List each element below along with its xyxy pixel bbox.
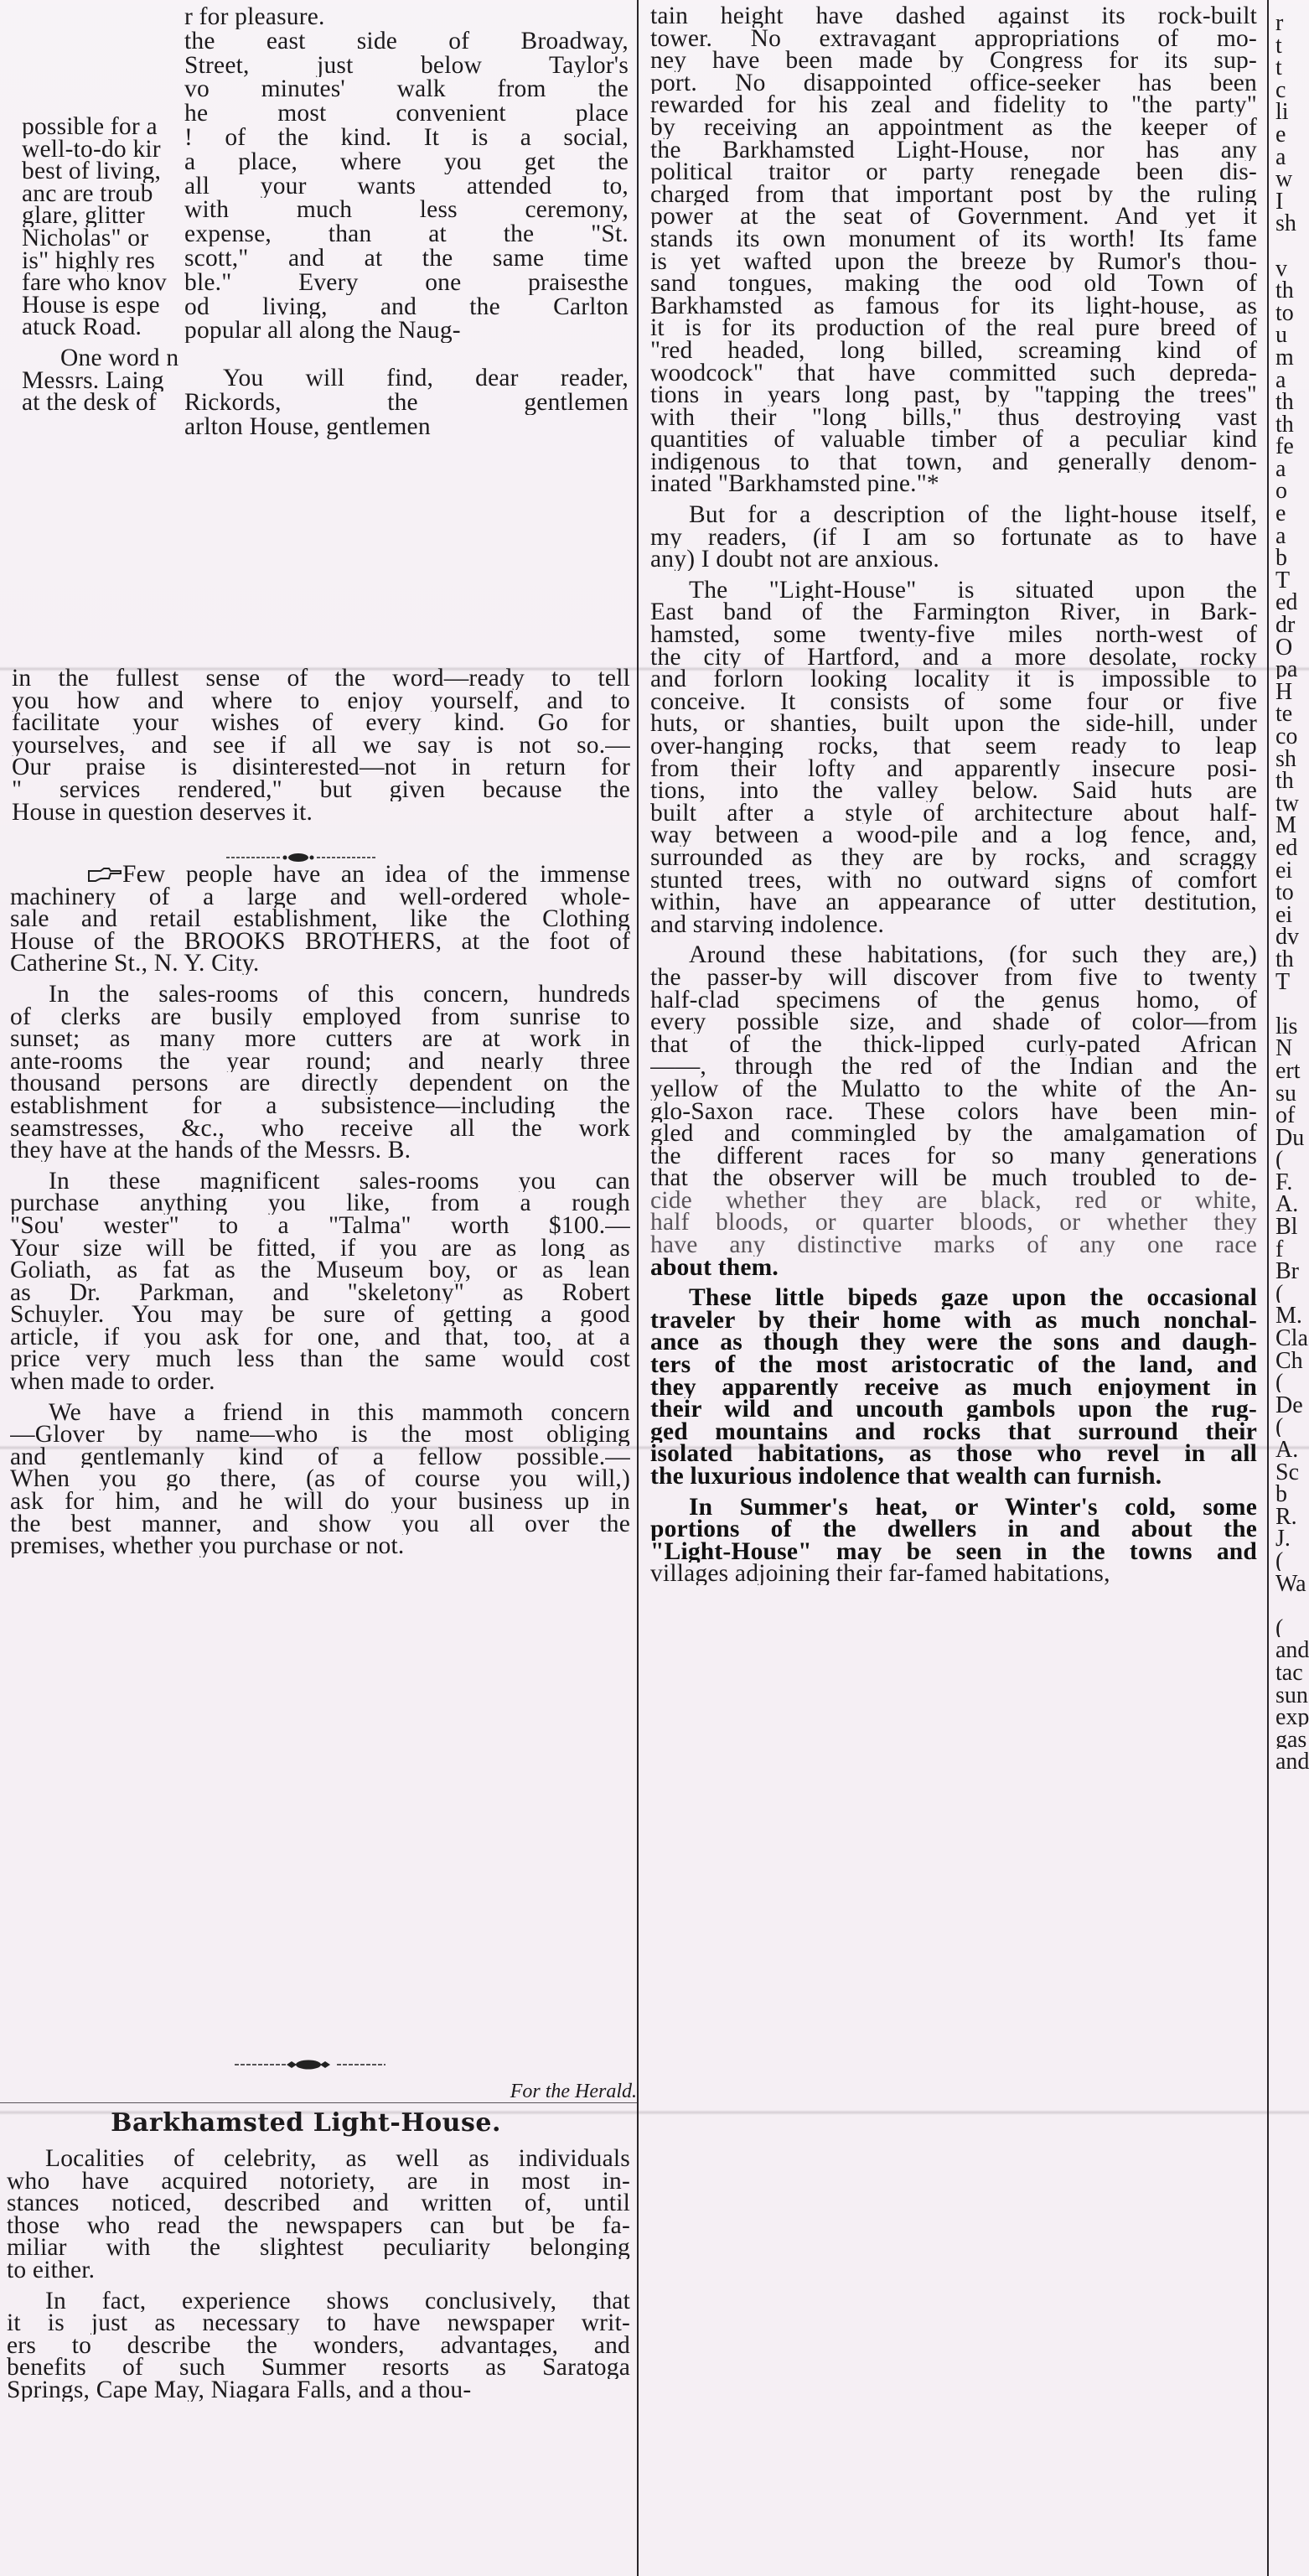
text-line-fragment: o bbox=[1275, 478, 1309, 500]
text-line-fragment: t bbox=[1275, 54, 1309, 77]
text-line: it is just as necessary to have newspape… bbox=[7, 2312, 630, 2335]
text-line: quantities of valuable timber of a pecul… bbox=[650, 428, 1257, 451]
text-line: isolated habitations, as those who revel… bbox=[650, 1443, 1257, 1465]
paragraph: Around these habitations, (for such they… bbox=[650, 944, 1257, 1278]
text-line: traveler by their home with as much nonc… bbox=[650, 1309, 1257, 1332]
manicule-pointing-hand-icon bbox=[87, 866, 122, 884]
text-line: well-to-do kir bbox=[22, 138, 198, 161]
text-line-fragment bbox=[1275, 233, 1309, 256]
text-line: glo-Saxon race. These colors have been m… bbox=[650, 1101, 1257, 1123]
text-line-fragment: pa bbox=[1275, 656, 1309, 679]
text-line: is yet wafted upon the breeze by Rumor's… bbox=[650, 251, 1257, 273]
text-line: premises, whether you purchase or not. bbox=[10, 1535, 630, 1558]
text-line: cide whether they are black, red or whit… bbox=[650, 1190, 1257, 1212]
text-line: best of living, bbox=[22, 160, 198, 183]
text-line: a place, where you get the bbox=[184, 150, 629, 174]
text-line: my readers, (if I am so fortunate as to … bbox=[650, 526, 1257, 549]
text-line: built after a style of architecture abou… bbox=[650, 802, 1257, 825]
text-line: establishment for a subsistence—includin… bbox=[10, 1095, 630, 1117]
column-rule-center bbox=[637, 0, 639, 2576]
text-line: gled and commingled by the amalgamation … bbox=[650, 1122, 1257, 1145]
text-line-fragment: ed bbox=[1275, 589, 1309, 612]
text-line: you how and where to enjoy yourself, and… bbox=[12, 690, 630, 713]
text-line: villages adjoining their far-famed habit… bbox=[650, 1563, 1257, 1585]
paragraph: We have a friend in this mammoth concern… bbox=[10, 1402, 630, 1558]
text-line-fragment: th bbox=[1275, 277, 1309, 300]
text-line: price very much less than the same would… bbox=[10, 1348, 630, 1371]
text-line: way between a wood-pile and a log fence,… bbox=[650, 824, 1257, 847]
text-line-fragment: li bbox=[1275, 99, 1309, 122]
text-line: stunted trees, with no outward signs of … bbox=[650, 869, 1257, 892]
brooks-brothers-article: Few people have an idea of the immensema… bbox=[10, 863, 630, 1558]
text-line: that of the thick-lipped curly-pated Afr… bbox=[650, 1034, 1257, 1056]
text-line-fragment: ed bbox=[1275, 835, 1309, 858]
text-line: glare, glitter bbox=[22, 205, 198, 227]
text-line: their wild and uncouth gambols upon the … bbox=[650, 1398, 1257, 1421]
text-line-fragment: of bbox=[1275, 1102, 1309, 1125]
text-line-fragment: tac bbox=[1275, 1660, 1309, 1682]
text-line: sand tongues, making the ood old Town of bbox=[650, 272, 1257, 295]
text-line-fragment: O bbox=[1275, 635, 1309, 657]
text-line: hamsted, some twenty-five miles north-we… bbox=[650, 624, 1257, 646]
text-line: Nicholas" or bbox=[22, 227, 198, 250]
text-line: it is for its production of the real pur… bbox=[650, 317, 1257, 339]
text-line: he most convenient place bbox=[184, 101, 629, 126]
text-line: In the sales-rooms of this concern, hund… bbox=[10, 983, 630, 1006]
text-line: yourselves, and see if all we say is not… bbox=[12, 734, 630, 757]
text-line: with their "long bills," thus destroying… bbox=[650, 407, 1257, 429]
text-line-fragment: I bbox=[1275, 189, 1309, 211]
text-line: the passer-by will discover from five to… bbox=[650, 967, 1257, 989]
text-line-fragment bbox=[1275, 991, 1309, 1013]
text-line-fragment: Ch bbox=[1275, 1348, 1309, 1371]
text-line: they have at the hands of the Messrs. B. bbox=[10, 1139, 630, 1162]
text-line-fragment: f bbox=[1275, 1236, 1309, 1259]
text-line: Barkhamsted as famous for its light-hous… bbox=[650, 295, 1257, 318]
text-line-fragment: F. bbox=[1275, 1169, 1309, 1192]
text-line-fragment: ( bbox=[1275, 1370, 1309, 1392]
text-line: "Sou' wester" to a "Talma" worth $100.— bbox=[10, 1215, 630, 1237]
paragraph: But for a description of the light-house… bbox=[650, 504, 1257, 571]
text-line-fragment: sh bbox=[1275, 210, 1309, 233]
text-line: Goliath, as fat as the Museum boy, or as… bbox=[10, 1259, 630, 1282]
text-line: half-clad specimens of the genus homo, o… bbox=[650, 989, 1257, 1012]
text-line: ante-rooms the year round; and nearly th… bbox=[10, 1050, 630, 1073]
paragraph: tain height have dashed against its rock… bbox=[650, 5, 1257, 495]
text-line: ance as though they were the sons and da… bbox=[650, 1331, 1257, 1354]
text-line-fragment: th bbox=[1275, 412, 1309, 434]
text-line-fragment: A. bbox=[1275, 1437, 1309, 1459]
text-line: The "Light-House" is situated upon the bbox=[650, 579, 1257, 602]
text-line-fragment: Cla bbox=[1275, 1325, 1309, 1348]
text-line-fragment: dr bbox=[1275, 612, 1309, 635]
text-line: the best manner, and show you all over t… bbox=[10, 1513, 630, 1536]
text-line-fragment: su bbox=[1275, 1081, 1309, 1103]
text-line: You will find, dear reader, bbox=[184, 366, 629, 391]
text-line: In these magnificent sales-rooms you can bbox=[10, 1170, 630, 1193]
left-fragment-column: possible for awell-to-do kirbest of livi… bbox=[22, 116, 198, 414]
paragraph: The "Light-House" is situated upon theEa… bbox=[650, 579, 1257, 936]
text-line: facilitate your wishes of every kind. Go… bbox=[12, 712, 630, 734]
text-line-fragment: r bbox=[1275, 10, 1309, 33]
text-line: rewarded for his zeal and fidelity to "t… bbox=[650, 94, 1257, 117]
text-line: vo minutes' walk from the bbox=[184, 77, 629, 101]
text-line-fragment: e bbox=[1275, 122, 1309, 144]
text-line: article, if you ask for one, and that, t… bbox=[10, 1326, 630, 1349]
text-line-fragment: ei bbox=[1275, 858, 1309, 880]
text-line: atuck Road. bbox=[22, 316, 198, 339]
text-line: that the observer will be much troubled … bbox=[650, 1167, 1257, 1190]
text-line-fragment: R. bbox=[1275, 1504, 1309, 1526]
text-line-fragment: dv bbox=[1275, 924, 1309, 946]
text-line-fragment: ( bbox=[1275, 1414, 1309, 1437]
text-line: "Light-House" may be seen in the towns a… bbox=[650, 1541, 1257, 1563]
text-line: We have a friend in this mammoth concern bbox=[10, 1402, 630, 1424]
text-line: "red headed, long billed, screaming kind… bbox=[650, 339, 1257, 362]
right-fragment-column: rttclieawIshvthtoumaththfeaoeabTeddrOpaH… bbox=[1275, 10, 1309, 1771]
text-line-fragment bbox=[1275, 1593, 1309, 1615]
text-line-fragment: tw bbox=[1275, 790, 1309, 813]
text-line-fragment: w bbox=[1275, 166, 1309, 189]
paragraph: Few people have an idea of the immensema… bbox=[10, 863, 630, 975]
ornament-divider-2 bbox=[184, 2054, 436, 2076]
text-line: political traitor or party renegade been… bbox=[650, 161, 1257, 184]
text-line: ters of the most aristocratic of the lan… bbox=[650, 1354, 1257, 1376]
text-line: huts, or shanties, built upon the side-h… bbox=[650, 713, 1257, 735]
text-line-fragment: to bbox=[1275, 879, 1309, 902]
text-line-fragment: M. bbox=[1275, 1303, 1309, 1325]
text-line: conceive. It consists of some four or fi… bbox=[650, 691, 1257, 713]
paragraph: In fact, experience shows conclusively, … bbox=[7, 2290, 630, 2402]
text-line-fragment: exp bbox=[1275, 1704, 1309, 1727]
text-line-fragment: e bbox=[1275, 500, 1309, 523]
text-line: all your wants attended to, bbox=[184, 174, 629, 199]
text-line: In Summer's heat, or Winter's cold, some bbox=[650, 1496, 1257, 1519]
text-line: anc are troub bbox=[22, 183, 198, 205]
text-line: When you go there, (as of course you wil… bbox=[10, 1468, 630, 1490]
text-line: In fact, experience shows conclusively, … bbox=[7, 2290, 630, 2313]
text-line-fragment: Bl bbox=[1275, 1214, 1309, 1236]
text-line: ! of the kind. It is a social, bbox=[184, 126, 629, 150]
text-line: thousand persons are directly dependent … bbox=[10, 1072, 630, 1095]
text-line: as Dr. Parkman, and "skeletony" as Rober… bbox=[10, 1282, 630, 1304]
text-line: within, have an appearance of utter dest… bbox=[650, 891, 1257, 914]
text-line-fragment: ( bbox=[1275, 1281, 1309, 1304]
text-line-fragment: T bbox=[1275, 969, 1309, 992]
text-line: ers to describe the wonders, advantages,… bbox=[7, 2335, 630, 2357]
text-line: port. No disappointed office-seeker has … bbox=[650, 72, 1257, 95]
text-line: popular all along the Naug- bbox=[184, 319, 629, 343]
text-line: House in question deserves it. bbox=[12, 801, 630, 824]
text-line: ——, through the red of the Indian and th… bbox=[650, 1055, 1257, 1078]
text-line: the different races for so many generati… bbox=[650, 1145, 1257, 1168]
text-line-fragment: lis bbox=[1275, 1013, 1309, 1036]
text-line: Street, just below Taylor's bbox=[184, 54, 629, 78]
text-line-fragment: De bbox=[1275, 1392, 1309, 1415]
text-line: and starving indolence. bbox=[650, 914, 1257, 936]
text-line: tain height have dashed against its rock… bbox=[650, 5, 1257, 28]
text-line-fragment: to bbox=[1275, 300, 1309, 323]
text-line-fragment: ( bbox=[1275, 1615, 1309, 1638]
text-line: possible for a bbox=[22, 116, 198, 138]
text-line: they apparently receive as much enjoymen… bbox=[650, 1376, 1257, 1399]
carlton-house-column: r for pleasure.the east side of Broadway… bbox=[184, 5, 629, 439]
paragraph: In the sales-rooms of this concern, hund… bbox=[10, 983, 630, 1162]
text-line-fragment: H bbox=[1275, 679, 1309, 702]
text-line: arlton House, gentlemen bbox=[184, 415, 629, 439]
text-line-fragment: J. bbox=[1275, 1526, 1309, 1548]
text-line-fragment: Br bbox=[1275, 1258, 1309, 1281]
text-line: tower. No extravagant appropriations of … bbox=[650, 28, 1257, 50]
text-line: But for a description of the light-house… bbox=[650, 504, 1257, 526]
text-line-fragment: a bbox=[1275, 367, 1309, 390]
text-line: Messrs. Laing bbox=[22, 370, 198, 392]
text-line: Our praise is disinterested—not in retur… bbox=[12, 756, 630, 779]
text-line: machinery of a large and well-ordered wh… bbox=[10, 886, 630, 909]
text-line: every possible size, and shade of color—… bbox=[650, 1011, 1257, 1034]
text-line-fragment: A. bbox=[1275, 1191, 1309, 1214]
text-line-fragment: sh bbox=[1275, 746, 1309, 769]
text-line-fragment: b bbox=[1275, 545, 1309, 568]
text-line: indigenous to that town, and generally d… bbox=[650, 451, 1257, 474]
byline: For the Herald. bbox=[251, 2079, 687, 2104]
text-line: over-hanging rocks, that seem ready to l… bbox=[650, 735, 1257, 758]
text-line: have any distinctive marks of any one ra… bbox=[650, 1234, 1257, 1257]
text-line-fragment: u bbox=[1275, 322, 1309, 345]
text-line: seamstresses, &c., who receive all the w… bbox=[10, 1117, 630, 1140]
text-line: stances noticed, described and written o… bbox=[7, 2192, 630, 2215]
text-line: half bloods, or quarter bloods, or wheth… bbox=[650, 1211, 1257, 1234]
text-line: East band of the Farmington River, in Ba… bbox=[650, 601, 1257, 624]
text-line-fragment: Wa bbox=[1275, 1571, 1309, 1594]
text-line-fragment: Sc bbox=[1275, 1459, 1309, 1482]
text-line-fragment: t bbox=[1275, 33, 1309, 55]
text-line: ged mountains and rocks that surround th… bbox=[650, 1421, 1257, 1443]
text-line: od living, and the Carlton bbox=[184, 295, 629, 319]
paragraph: These little bipeds gaze upon the occasi… bbox=[650, 1287, 1257, 1487]
text-line: Few people have an idea of the immense bbox=[10, 863, 630, 886]
text-line-fragment: m bbox=[1275, 345, 1309, 367]
text-line: scott," and at the same time bbox=[184, 246, 629, 271]
text-line: of clerks are busily employed from sunri… bbox=[10, 1006, 630, 1029]
text-line: sunset; as many more cutters are at work… bbox=[10, 1028, 630, 1050]
text-line: yellow of the Mulatto to the white of th… bbox=[650, 1078, 1257, 1101]
text-line-fragment: th bbox=[1275, 389, 1309, 412]
text-line-fragment: b bbox=[1275, 1481, 1309, 1504]
lighthouse-article-col2: tain height have dashed against its rock… bbox=[650, 5, 1257, 1585]
text-line: the city of Hartford, and a more desolat… bbox=[650, 646, 1257, 669]
text-line: stands its own monument of its worth! It… bbox=[650, 228, 1257, 251]
text-line-fragment: te bbox=[1275, 701, 1309, 723]
text-line-fragment: th bbox=[1275, 946, 1309, 969]
text-line: woodcock" that have committed such depre… bbox=[650, 362, 1257, 385]
text-line: Catherine St., N. Y. City. bbox=[10, 952, 630, 975]
text-line-fragment: gas bbox=[1275, 1727, 1309, 1749]
text-line: Around these habitations, (for such they… bbox=[650, 944, 1257, 967]
text-line-fragment: fe bbox=[1275, 433, 1309, 456]
text-line: ble." Every one praisesthe bbox=[184, 271, 629, 295]
text-line: House of the BROOKS BROTHERS, at the foo… bbox=[10, 930, 630, 953]
text-line: ask for him, and he will do your busines… bbox=[10, 1490, 630, 1513]
text-line: to either. bbox=[7, 2259, 630, 2282]
text-line-fragment: sun bbox=[1275, 1682, 1309, 1705]
text-line: These little bipeds gaze upon the occasi… bbox=[650, 1287, 1257, 1309]
paragraph: Localities of celebrity, as well as indi… bbox=[7, 2148, 630, 2282]
text-line: benefits of such Summer resorts as Sarat… bbox=[7, 2356, 630, 2379]
lighthouse-article-col1: Localities of celebrity, as well as indi… bbox=[7, 2148, 630, 2402]
text-line-fragment: a bbox=[1275, 523, 1309, 546]
text-line: with much less ceremony, bbox=[184, 198, 629, 222]
text-line-fragment: Du bbox=[1275, 1125, 1309, 1148]
text-line-fragment: ert bbox=[1275, 1058, 1309, 1081]
text-line: —Glover by name—who is the most obliging bbox=[10, 1423, 630, 1446]
text-line: who have acquired notoriety, are in most… bbox=[7, 2170, 630, 2193]
text-line: is" highly res bbox=[22, 250, 198, 272]
text-line-fragment: a bbox=[1275, 144, 1309, 167]
text-line-fragment: a bbox=[1275, 456, 1309, 479]
text-line: expense, than at the "St. bbox=[184, 222, 629, 246]
text-line-fragment: N bbox=[1275, 1035, 1309, 1058]
text-line: when made to order. bbox=[10, 1371, 630, 1393]
text-line-fragment: T bbox=[1275, 568, 1309, 590]
text-line: the Barkhamsted Light-House, nor has any bbox=[650, 139, 1257, 162]
column-rule-right bbox=[1267, 0, 1269, 2576]
text-line: from their lofty and apparently insecure… bbox=[650, 758, 1257, 780]
text-line-fragment: M bbox=[1275, 812, 1309, 835]
text-line: tions in years long past, by "tapping th… bbox=[650, 384, 1257, 407]
text-line-fragment: ( bbox=[1275, 1548, 1309, 1571]
text-line: portions of the dwellers in and about th… bbox=[650, 1518, 1257, 1541]
article-headline: Barkhamsted Light-House. bbox=[17, 2109, 595, 2138]
text-line: inated "Barkhamsted pine."* bbox=[650, 473, 1257, 495]
text-line: power at the seat of Government. And yet… bbox=[650, 205, 1257, 228]
carlton-house-ad: in the fullest sense of the word—ready t… bbox=[12, 667, 630, 823]
text-line-fragment: ei bbox=[1275, 902, 1309, 925]
text-line: One word n bbox=[22, 347, 198, 370]
text-line: sale and retail establishment, like the … bbox=[10, 908, 630, 930]
text-line-fragment: and bbox=[1275, 1749, 1309, 1771]
text-line: miliar with the slightest peculiarity be… bbox=[7, 2237, 630, 2259]
text-line: by receiving an appointment as the keepe… bbox=[650, 117, 1257, 139]
text-line: about them. bbox=[650, 1257, 1257, 1279]
text-line: in the fullest sense of the word—ready t… bbox=[12, 667, 630, 690]
text-line-fragment: ( bbox=[1275, 1147, 1309, 1169]
text-line: the luxurious indolence that wealth can … bbox=[650, 1465, 1257, 1488]
text-line: r for pleasure. bbox=[184, 5, 629, 29]
text-line: fare who knov bbox=[22, 272, 198, 294]
paragraph: In Summer's heat, or Winter's cold, some… bbox=[650, 1496, 1257, 1585]
text-line: purchase anything you like, from a rough bbox=[10, 1192, 630, 1215]
paragraph: In these magnificent sales-rooms you can… bbox=[10, 1170, 630, 1393]
text-line: those who read the newspapers can but be… bbox=[7, 2215, 630, 2237]
text-line: Springs, Cape May, Niagara Falls, and a … bbox=[7, 2379, 630, 2402]
text-line: the east side of Broadway, bbox=[184, 29, 629, 54]
text-line: charged from that important post by the … bbox=[650, 184, 1257, 206]
text-line-fragment: v bbox=[1275, 256, 1309, 278]
text-line: at the desk of bbox=[22, 391, 198, 414]
text-line-fragment: c bbox=[1275, 77, 1309, 100]
text-line: surrounded as they are by rocks, and scr… bbox=[650, 847, 1257, 869]
section-rule bbox=[0, 2102, 637, 2103]
text-line: any) I doubt not are anxious. bbox=[650, 548, 1257, 571]
text-line: Schuyler. You may be sure of getting a g… bbox=[10, 1304, 630, 1326]
text-line: House is espe bbox=[22, 294, 198, 317]
text-line: ney have been made by Congress for its s… bbox=[650, 49, 1257, 72]
text-line: and forlorn looking locality it is impos… bbox=[650, 668, 1257, 691]
text-line: Your size will be fitted, if you are as … bbox=[10, 1237, 630, 1260]
text-line-fragment: co bbox=[1275, 723, 1309, 746]
text-line: Localities of celebrity, as well as indi… bbox=[7, 2148, 630, 2170]
newspaper-page: possible for awell-to-do kirbest of livi… bbox=[0, 0, 1309, 2576]
text-line: tions, into the valley below. Said huts … bbox=[650, 780, 1257, 802]
text-line: and gentlemanly kind of a fellow possibl… bbox=[10, 1446, 630, 1469]
text-line-fragment: and bbox=[1275, 1637, 1309, 1660]
text-line-fragment: th bbox=[1275, 768, 1309, 790]
text-line: Rickords, the gentlemen bbox=[184, 391, 629, 415]
text-line: " services rendered," but given because … bbox=[12, 779, 630, 801]
